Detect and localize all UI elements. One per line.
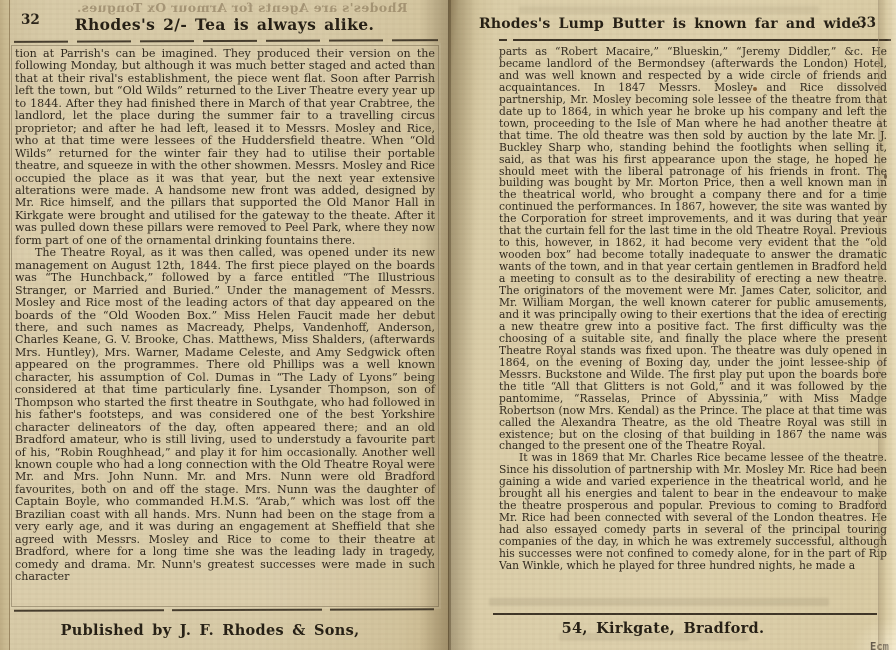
- footer-rule-left: [14, 608, 434, 611]
- paragraph: The Theatre Royal, as it was then called…: [15, 247, 435, 583]
- paper-speck: [205, 101, 207, 103]
- paragraph: tion at Parrish's can be imagined. They …: [15, 48, 435, 247]
- page-edge-right: [878, 0, 896, 650]
- header-rule-left: [14, 39, 438, 43]
- paragraph: It was in 1869 that Mr. Charles Rice bec…: [499, 452, 887, 572]
- showthrough-slogan: Rhodes's are Agents for Armour Ox Tongue…: [42, 0, 442, 15]
- header-rule-right: [499, 39, 891, 41]
- book-spread: Rhodes's are Agents for Armour Ox Tongue…: [0, 0, 896, 650]
- running-header-left: Rhodes's 2/- Tea is always alike.: [0, 15, 449, 34]
- body-text-right: parts as “Robert Macaire,” “Blueskin,” “…: [499, 46, 887, 606]
- footer-rule-right: [493, 613, 877, 615]
- gutter-shadow: [451, 0, 477, 650]
- gutter-shadow: [420, 0, 449, 650]
- paper-speck: [753, 87, 757, 91]
- body-text-left: tion at Parrish's can be imagined. They …: [11, 45, 439, 607]
- page-left: Rhodes's are Agents for Armour Ox Tongue…: [0, 0, 449, 650]
- imprint-right: 54, Kirkgate, Bradford.: [463, 620, 863, 637]
- running-header-right: Rhodes's Lump Butter is known far and wi…: [479, 16, 849, 32]
- showthrough-smudge: [489, 598, 829, 606]
- paper-speck: [884, 174, 887, 179]
- page-edge-left: [0, 0, 10, 650]
- imprint-left: Published by J. F. Rhodes & Sons,: [0, 622, 420, 639]
- page-right: 33 Rhodes's Lump Butter is known far and…: [449, 0, 896, 650]
- paragraph: parts as “Robert Macaire,” “Blueskin,” “…: [499, 46, 887, 452]
- showthrough-smudge: [519, 6, 819, 14]
